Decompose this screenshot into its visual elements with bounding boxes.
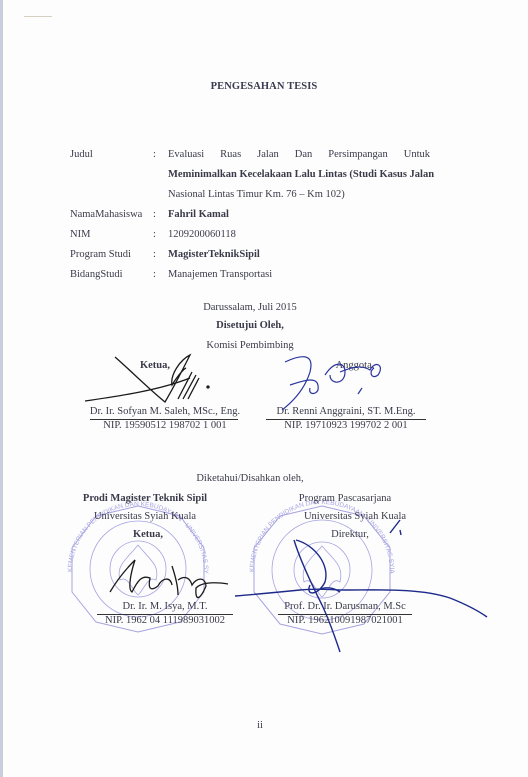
member-signature (282, 357, 380, 410)
left-university: Universitas Syiah Kuala (75, 511, 215, 522)
right-role: Direktur, (300, 529, 400, 540)
right-university: Universitas Syiah Kuala (285, 511, 425, 522)
left-unit: Prodi Magister Teknik Sipil (75, 493, 215, 504)
right-name: Prof. Dr. Ir. Darusman, M.Sc (270, 601, 420, 612)
isya-signature (110, 560, 228, 598)
left-name: Dr. Ir. M. Isya, M.T. (90, 601, 240, 612)
svg-text:KEMENTERIAN PENDIDIKAN DAN KEB: KEMENTERIAN PENDIDIKAN DAN KEBUDAYAAN · … (0, 0, 209, 575)
chair-signature (85, 355, 209, 402)
left-role: Ketua, (108, 529, 188, 540)
right-nip: NIP. 196210091987021001 (270, 615, 420, 626)
page-number: ii (0, 720, 520, 731)
stamps-and-signatures: KEMENTERIAN PENDIDIKAN DAN KEBUDAYAAN · … (0, 0, 528, 777)
right-unit: Program Pascasarjana (275, 493, 415, 504)
left-nip: NIP. 1962 04 111989031002 (90, 615, 240, 626)
svg-text:KEMENTERIAN PENDIDIKAN DAN KEB: KEMENTERIAN PENDIDIKAN DAN KEBUDAYAAN · … (0, 0, 395, 574)
